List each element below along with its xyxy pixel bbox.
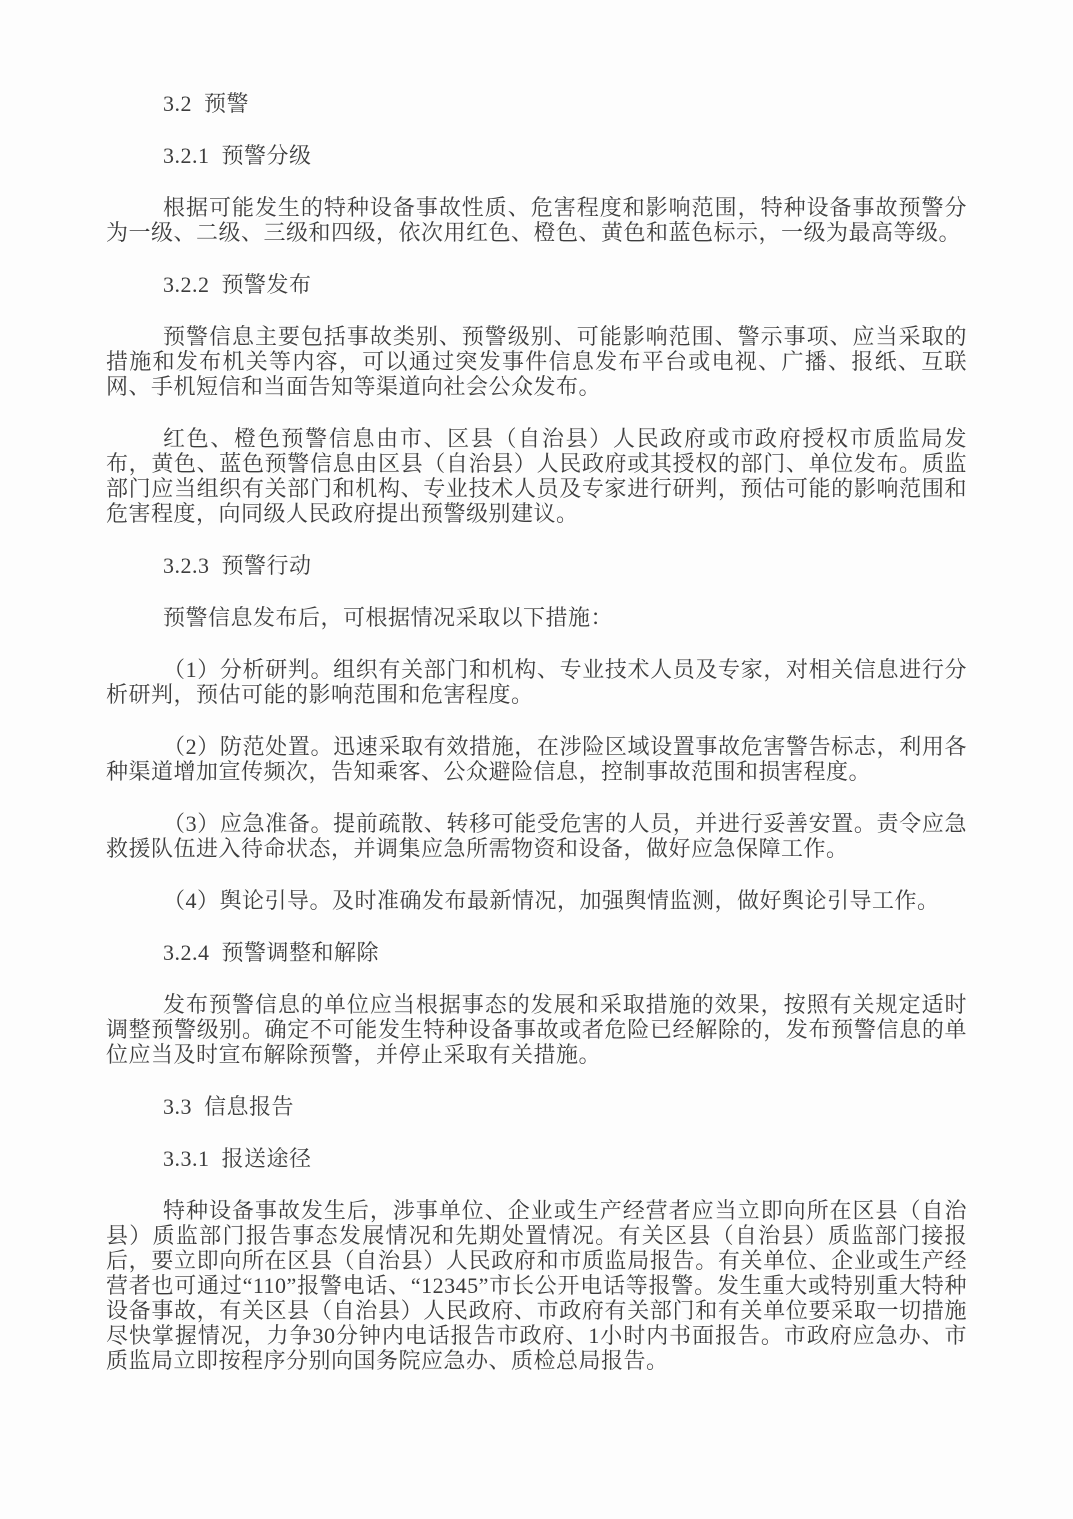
paragraph-report-channels: 特种设备事故发生后，涉事单位、企业或生产经营者应当立即向所在区县（自治县）质监部… — [106, 1198, 967, 1373]
paragraph-warning-release-issuers: 红色、橙色预警信息由市、区县（自治县）人民政府或市政府授权市质监局发布，黄色、蓝… — [106, 426, 967, 526]
paragraph-warning-adjust-release: 发布预警信息的单位应当根据事态的发展和采取措施的效果，按照有关规定适时调整预警级… — [106, 992, 967, 1067]
section-heading-3-2-2: 3.2.2 预警发布 — [106, 272, 967, 297]
document-page: 3.2 预警 3.2.1 预警分级 根据可能发生的特种设备事故性质、危害程度和影… — [0, 0, 1073, 1519]
paragraph-measure-3-preparation: （3）应急准备。提前疏散、转移可能受危害的人员，并进行妥善安置。责令应急救援队伍… — [106, 811, 967, 861]
paragraph-warning-grading: 根据可能发生的特种设备事故性质、危害程度和影响范围，特种设备事故预警分为一级、二… — [106, 195, 967, 245]
section-heading-3-2-4: 3.2.4 预警调整和解除 — [106, 940, 967, 965]
section-heading-3-2: 3.2 预警 — [106, 91, 967, 116]
paragraph-warning-release-content: 预警信息主要包括事故类别、预警级别、可能影响范围、警示事项、应当采取的措施和发布… — [106, 324, 967, 399]
paragraph-measure-1-analysis: （1）分析研判。组织有关部门和机构、专业技术人员及专家，对相关信息进行分析研判，… — [106, 657, 967, 707]
section-heading-3-2-1: 3.2.1 预警分级 — [106, 143, 967, 168]
section-heading-3-3: 3.3 信息报告 — [106, 1094, 967, 1119]
paragraph-warning-actions-intro: 预警信息发布后，可根据情况采取以下措施： — [106, 605, 967, 630]
paragraph-measure-4-opinion: （4）舆论引导。及时准确发布最新情况，加强舆情监测，做好舆论引导工作。 — [106, 888, 967, 913]
section-heading-3-2-3: 3.2.3 预警行动 — [106, 553, 967, 578]
section-heading-3-3-1: 3.3.1 报送途径 — [106, 1146, 967, 1171]
paragraph-measure-2-prevention: （2）防范处置。迅速采取有效措施，在涉险区域设置事故危害警告标志，利用各种渠道增… — [106, 734, 967, 784]
